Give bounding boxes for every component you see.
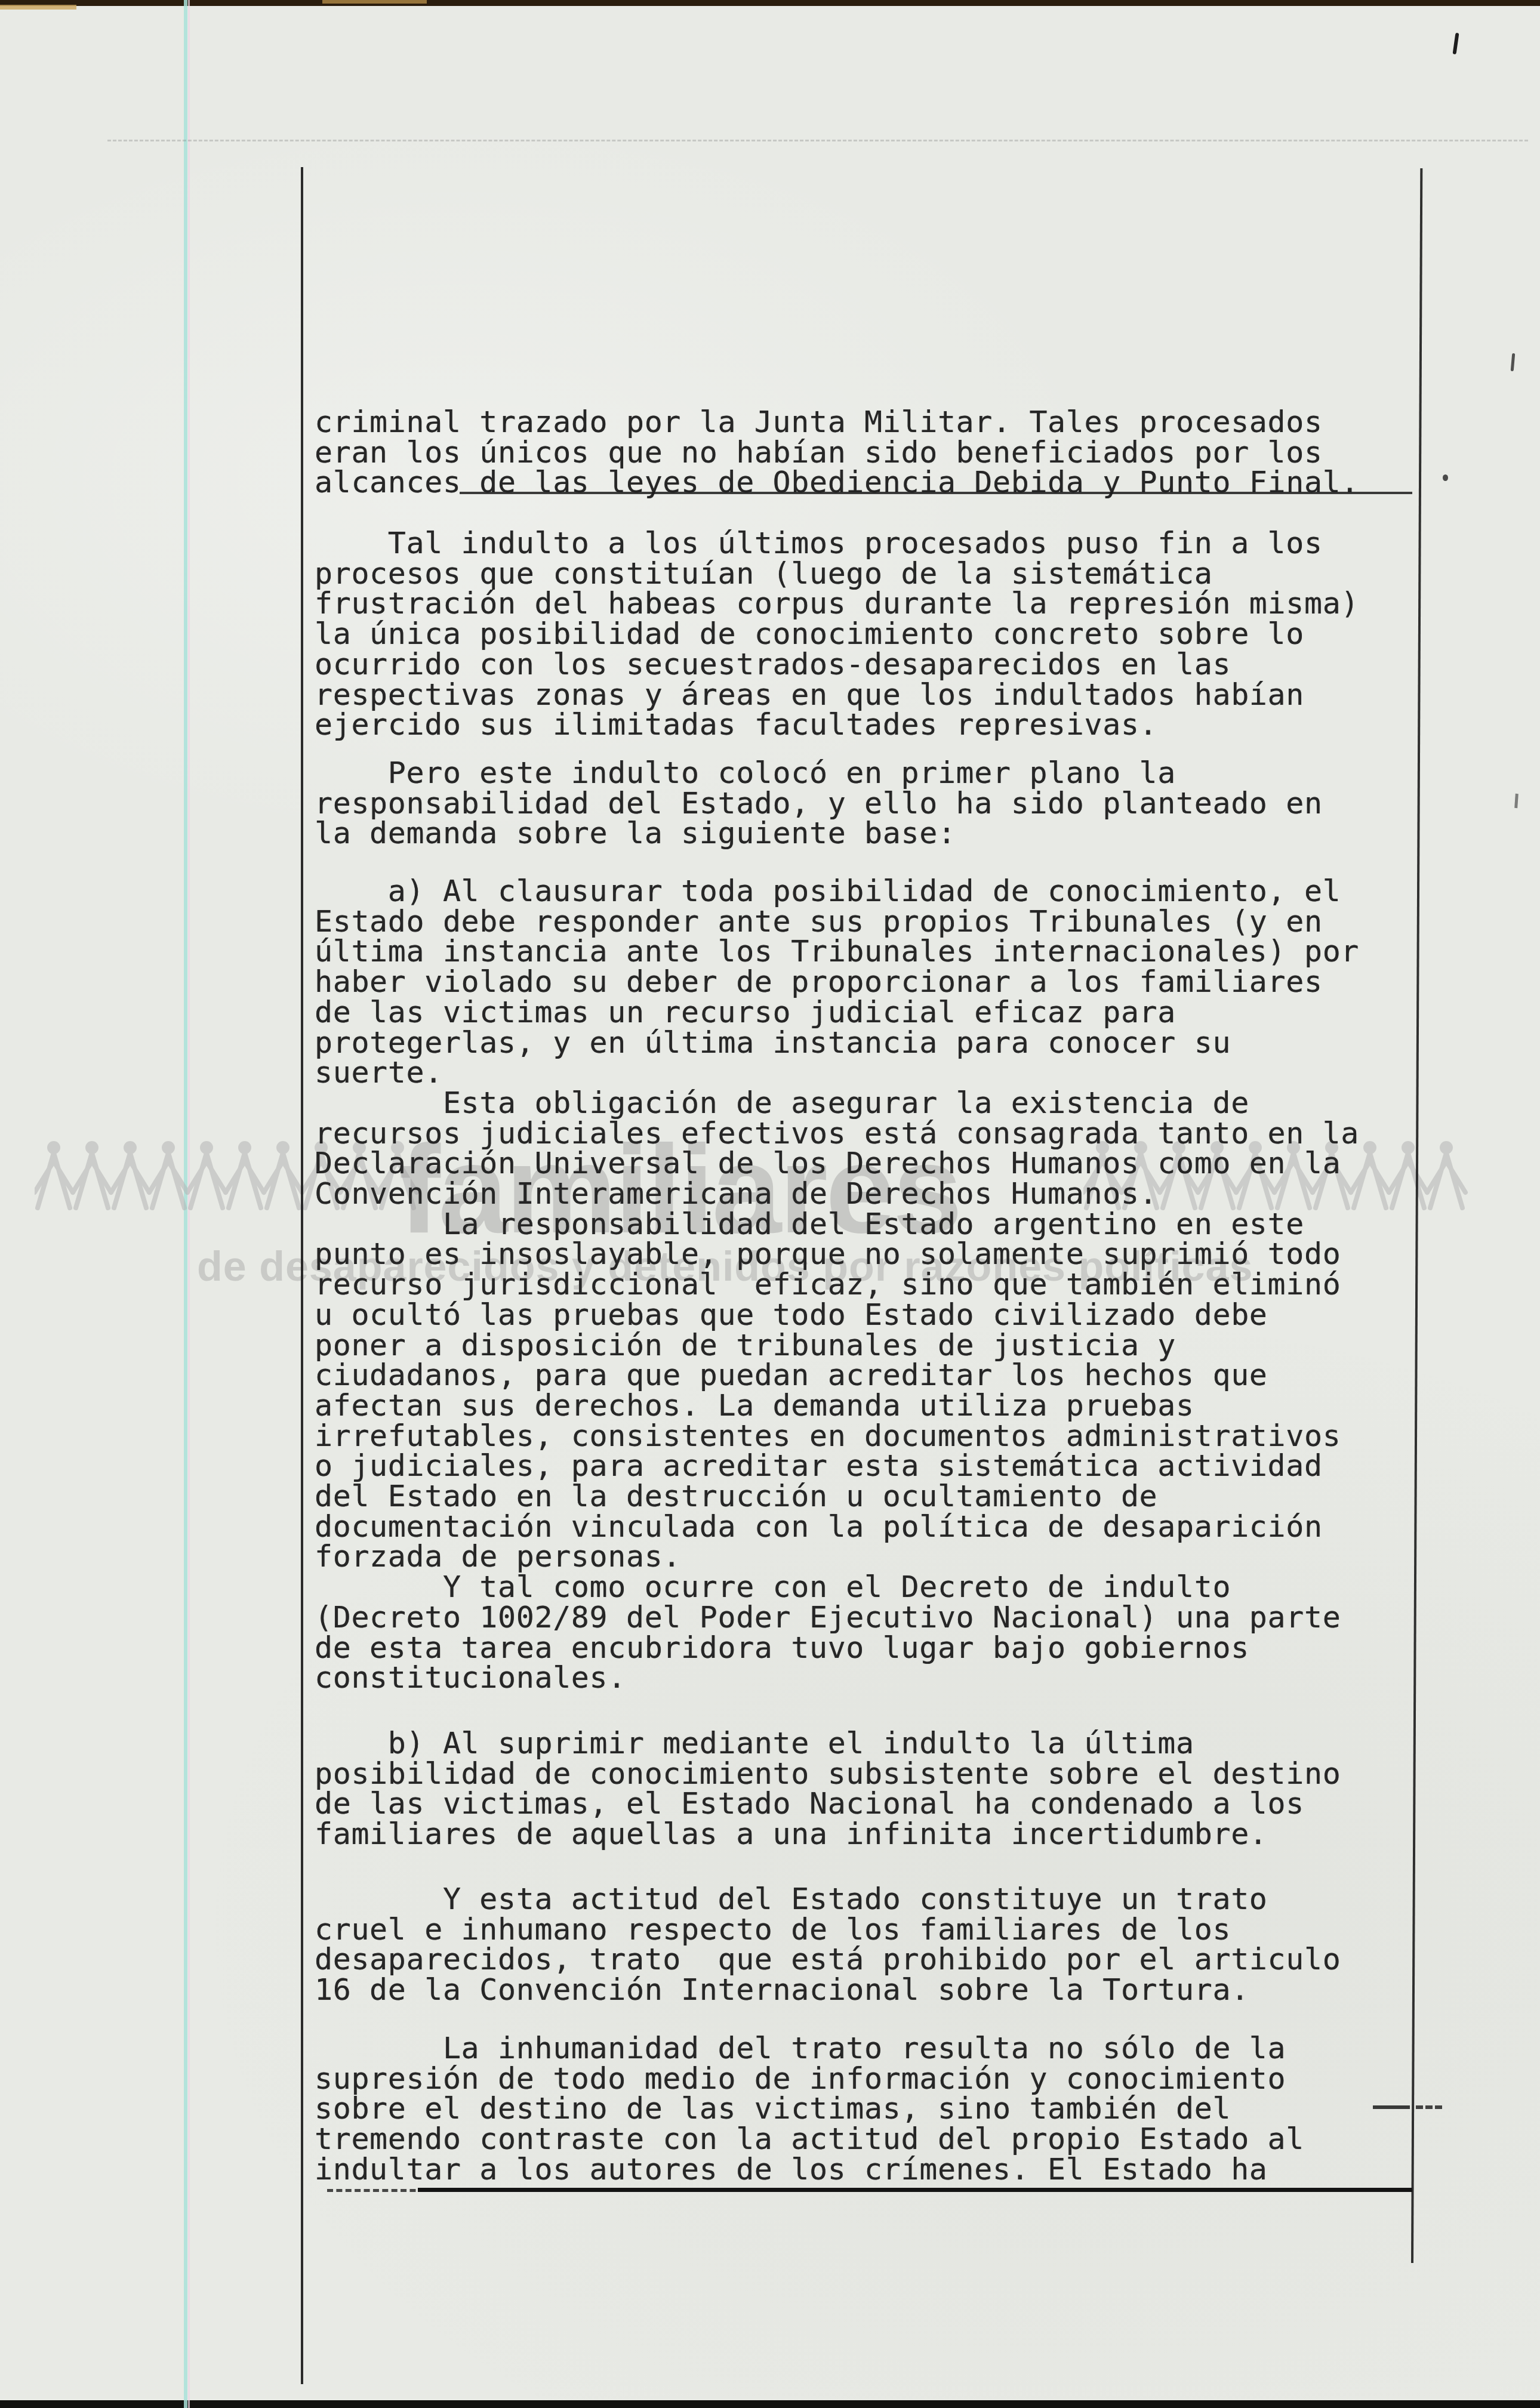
typewritten-line: forzada de personas.: [315, 1541, 1389, 1572]
ink-dot: [1443, 474, 1448, 481]
typewritten-line: a) Al clausurar toda posibilidad de cono…: [315, 876, 1389, 907]
typewritten-line: Convención Interamericana de Derechos Hu…: [315, 1179, 1389, 1209]
typewritten-line: eran los únicos que no habían sido benef…: [315, 437, 1389, 468]
left-margin-rule: [301, 167, 303, 2384]
typewritten-line: la demanda sobre la siguiente base:: [315, 818, 1389, 849]
typewritten-line: haber violado su deber de proporcionar a…: [315, 967, 1389, 997]
typewritten-line: protegerlas, y en última instancia para …: [315, 1028, 1389, 1058]
typewritten-line: criminal trazado por la Junta Militar. T…: [315, 407, 1389, 437]
typewritten-line: ciudadanos, para que puedan acreditar lo…: [315, 1360, 1389, 1390]
typewritten-line: supresión de todo medio de información y…: [315, 2064, 1389, 2094]
typewritten-line: ocurrido con los secuestrados-desapareci…: [315, 649, 1389, 680]
typewritten-line: recurso jurisdiccional eficaz, sino que …: [315, 1269, 1389, 1300]
typewritten-line: responsabilidad del Estado, y ello ha si…: [315, 788, 1389, 819]
typewritten-line: del Estado en la destrucción u ocultamie…: [315, 1481, 1389, 1512]
typewritten-line: constitucionales.: [315, 1663, 1389, 1693]
typewritten-line: sobre el destino de las victimas, sino t…: [315, 2093, 1389, 2124]
typewritten-line: u ocultó las pruebas que todo Estado civ…: [315, 1300, 1389, 1330]
typewritten-line: desaparecidos, trato que está prohibido …: [315, 1944, 1389, 1975]
typewritten-line: (Decreto 1002/89 del Poder Ejecutivo Nac…: [315, 1602, 1389, 1633]
typewritten-line: punto es insoslayable, porque no solamen…: [315, 1239, 1389, 1269]
typewritten-line: Pero este indulto colocó en primer plano…: [315, 758, 1389, 788]
paragraph-6: Y esta actitud del Estado constituye un …: [315, 1884, 1389, 2005]
scan-top-edge-tan: [0, 5, 76, 10]
paragraph-1: criminal trazado por la Junta Militar. T…: [315, 407, 1389, 498]
typewritten-line: documentación vinculada con la política …: [315, 1512, 1389, 1542]
scanned-document-page: { "colors":{ "paper":"#e8eae5", "ink":"#…: [0, 0, 1540, 2408]
typewritten-line: última instancia ante los Tribunales int…: [315, 936, 1389, 967]
ink-speck: [1453, 33, 1459, 54]
typewritten-line: frustración del habeas corpus durante la…: [315, 588, 1389, 619]
typewritten-line: o judiciales, para acreditar esta sistem…: [315, 1451, 1389, 1481]
typewritten-line: Y esta actitud del Estado constituye un …: [315, 1884, 1389, 1914]
typewritten-line: Esta obligación de asegurar la existenci…: [315, 1088, 1389, 1118]
typewritten-line: respectivas zonas y áreas en que los ind…: [315, 680, 1389, 710]
margin-dash-mark: [1416, 2105, 1442, 2109]
paragraph-4: a) Al clausurar toda posibilidad de cono…: [315, 876, 1389, 1693]
typewritten-line: indultar a los autores de los crímenes. …: [315, 2154, 1389, 2185]
typewritten-line: Declaración Universal de los Derechos Hu…: [315, 1148, 1389, 1179]
typewritten-line: ejercido sus ilimitadas facultades repre…: [315, 710, 1389, 740]
typewritten-line: b) Al suprimir mediante el indulto la úl…: [315, 1728, 1389, 1759]
bottom-underline: [418, 2188, 1412, 2192]
typewritten-line: familiares de aquellas a una infinita in…: [315, 1819, 1389, 1849]
typewritten-line: La inhumanidad del trato resulta no sólo…: [315, 2033, 1389, 2064]
scan-bottom-edge: [0, 2400, 1540, 2408]
typewritten-line: la única posibilidad de conocimiento con…: [315, 619, 1389, 649]
typewritten-line: recursos judiciales efectivos está consa…: [315, 1118, 1389, 1149]
typewritten-line: de las victimas, el Estado Nacional ha c…: [315, 1789, 1389, 1819]
typewritten-line: posibilidad de conocimiento subsistente …: [315, 1759, 1389, 1789]
typewritten-line: poner a disposición de tribunales de jus…: [315, 1330, 1389, 1361]
typewritten-line: irrefutables, consistentes en documentos…: [315, 1421, 1389, 1451]
typewritten-line: 16 de la Convención Internacional sobre …: [315, 1975, 1389, 2005]
faint-pencil-line: [107, 140, 1528, 141]
typewritten-line: procesos que constituían (luego de la si…: [315, 559, 1389, 589]
typewritten-line: cruel e inhumano respecto de los familia…: [315, 1914, 1389, 1945]
typewritten-line: Estado debe responder ante sus propios T…: [315, 907, 1389, 937]
ink-speck: [1514, 794, 1519, 808]
scan-top-edge: [0, 0, 1540, 6]
typewritten-line: suerte.: [315, 1057, 1389, 1088]
paragraph-3: Pero este indulto colocó en primer plano…: [315, 758, 1389, 849]
underline-punto-final: [460, 492, 1412, 494]
margin-dash-mark: [1373, 2105, 1410, 2109]
typewritten-line: afectan sus derechos. La demanda utiliza…: [315, 1390, 1389, 1421]
typewritten-line: de esta tarea encubridora tuvo lugar baj…: [315, 1633, 1389, 1663]
typewritten-line: La responsabilidad del Estado argentino …: [315, 1209, 1389, 1240]
scan-top-edge-tan: [322, 0, 427, 4]
typewritten-line: tremendo contraste con la actitud del pr…: [315, 2124, 1389, 2154]
typewritten-line: Y tal como ocurre con el Decreto de indu…: [315, 1572, 1389, 1602]
paragraph-5: b) Al suprimir mediante el indulto la úl…: [315, 1728, 1389, 1849]
paragraph-2: Tal indulto a los últimos procesados pus…: [315, 528, 1389, 740]
ink-speck: [1511, 353, 1516, 371]
typewritten-line: Tal indulto a los últimos procesados pus…: [315, 528, 1389, 559]
typewritten-line: de las victimas un recurso judicial efic…: [315, 997, 1389, 1028]
paragraph-7: La inhumanidad del trato resulta no sólo…: [315, 2033, 1389, 2185]
